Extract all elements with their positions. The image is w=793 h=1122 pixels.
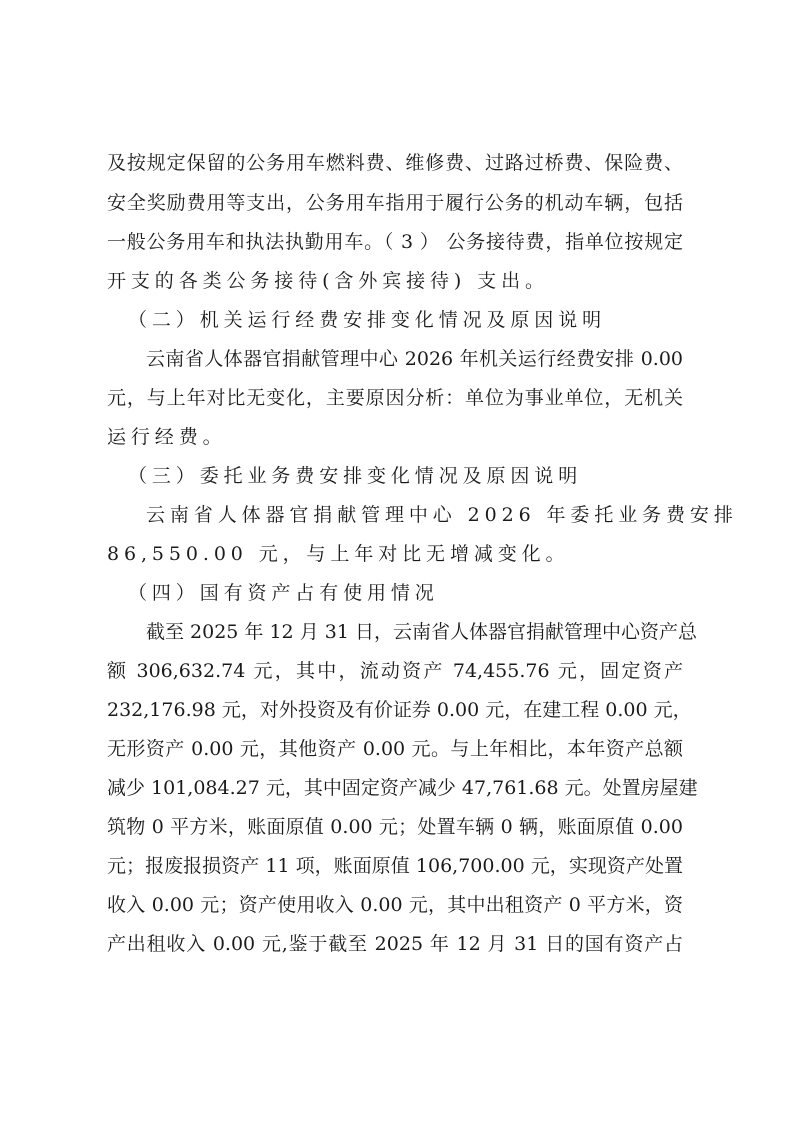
paragraph-line: 232,176.98 元，对外投资及有价证券 0.00 元，在建工程 0.00 … xyxy=(107,695,683,725)
paragraph-line: 无形资产 0.00 元，其他资产 0.00 元。与上年相比，本年资产总额 xyxy=(107,734,683,764)
section-heading-2: （二）机关运行经费安排变化情况及原因说明 xyxy=(128,305,708,335)
paragraph-line: 收入 0.00 元；资产使用收入 0.00 元，其中出租资产 0 平方米，资 xyxy=(107,890,683,920)
paragraph-line: 截至 2025 年 12 月 31 日，云南省人体器官捐献管理中心资产总 xyxy=(146,617,683,647)
paragraph-line: 云南省人体器官捐献管理中心 2026 年机关运行经费安排 0.00 xyxy=(146,344,683,374)
paragraph-line: 一般公务用车和执法执勤用车。（ 3 ） 公务接待费，指单位按规定 xyxy=(107,227,683,257)
paragraph-line: 86,550.00 元，与上年对比无增减变化。 xyxy=(107,539,687,569)
paragraph-line: 额 306,632.74 元，其中，流动资产 74,455.76 元，固定资产 xyxy=(107,656,683,686)
paragraph-line: 元，与上年对比无变化，主要原因分析：单位为事业单位，无机关 xyxy=(107,383,683,413)
paragraph-line: 元；报废报损资产 11 项，账面原值 106,700.00 元，实现资产处置 xyxy=(107,851,683,881)
paragraph-line: 云南省人体器官捐献管理中心 2026 年委托业务费安排 xyxy=(146,500,683,530)
paragraph-line: 产出租收入 0.00 元,鉴于截至 2025 年 12 月 31 日的国有资产占 xyxy=(107,929,683,959)
document-page: 及按规定保留的公务用车燃料费、维修费、过路过桥费、保险费、 安全奖励费用等支出，… xyxy=(0,0,793,1122)
paragraph-line: 开支的各类公务接待(含外宾接待) 支出。 xyxy=(107,266,687,296)
paragraph-line: 运行经费。 xyxy=(107,422,687,452)
section-heading-4: （四）国有资产占有使用情况 xyxy=(128,578,708,608)
section-heading-3: （三）委托业务费安排变化情况及原因说明 xyxy=(128,461,708,491)
paragraph-line: 及按规定保留的公务用车燃料费、维修费、过路过桥费、保险费、 xyxy=(107,148,683,178)
paragraph-line: 筑物 0 平方米，账面原值 0.00 元；处置车辆 0 辆，账面原值 0.00 xyxy=(107,812,683,842)
paragraph-line: 安全奖励费用等支出，公务用车指用于履行公务的机动车辆，包括 xyxy=(107,188,683,218)
paragraph-line: 减少 101,084.27 元，其中固定资产减少 47,761.68 元。处置房… xyxy=(107,773,683,803)
